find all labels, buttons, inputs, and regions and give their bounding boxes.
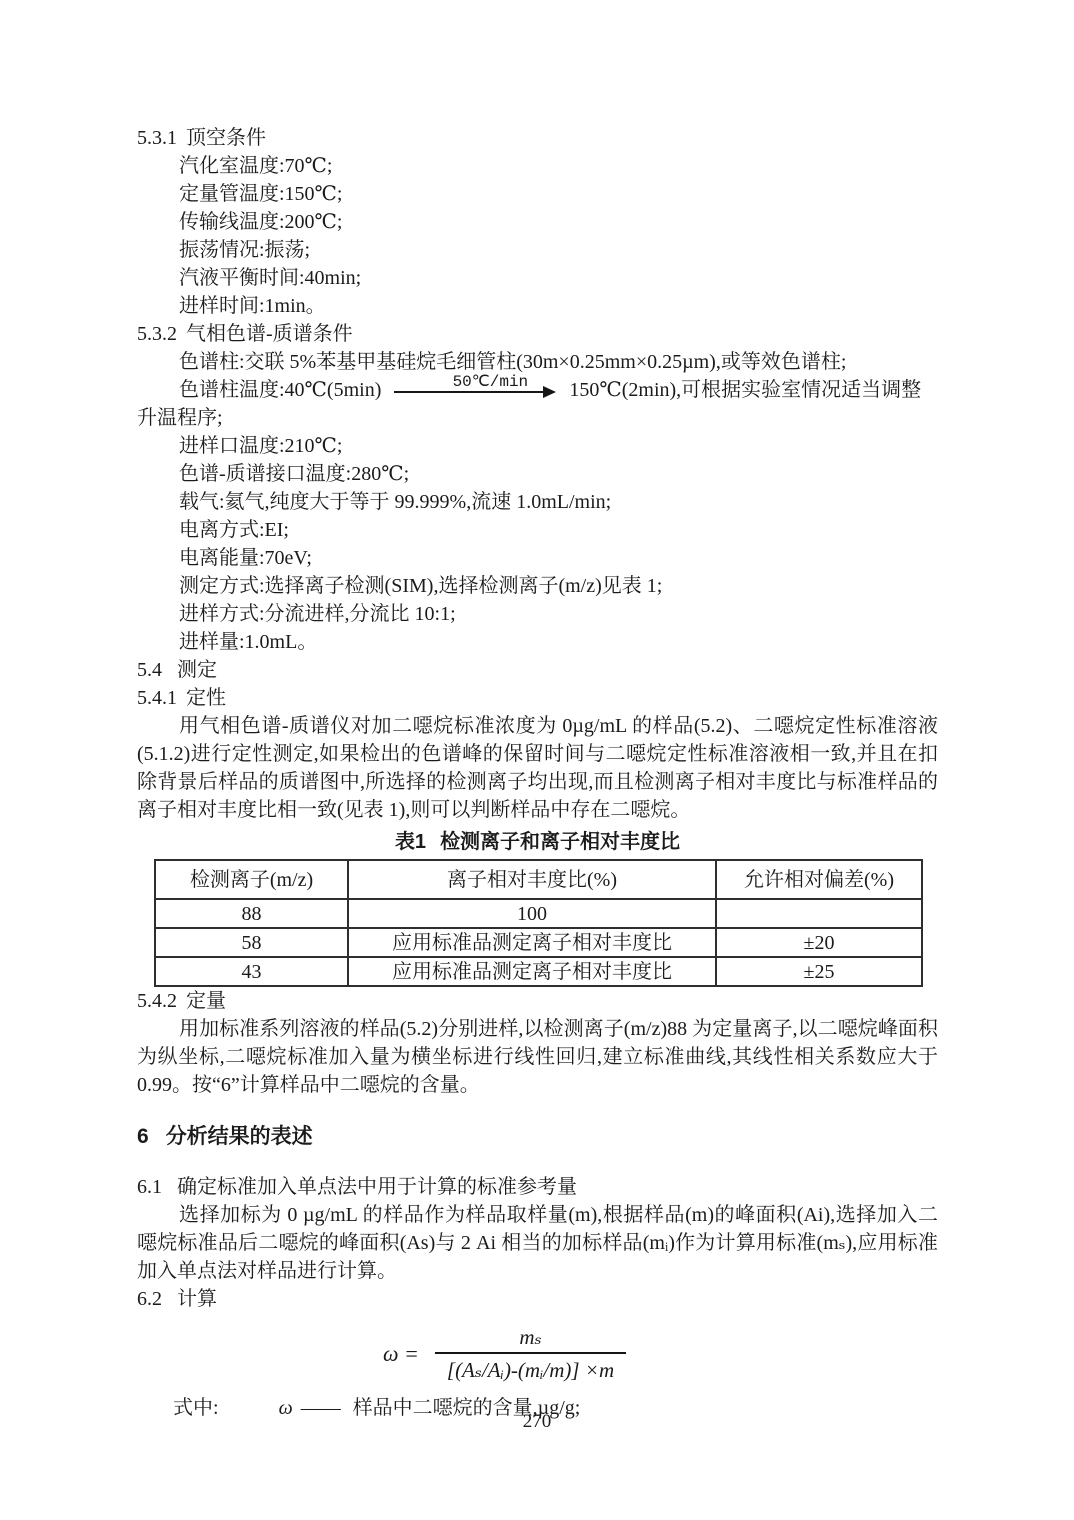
section-number: 5.4.1 (137, 684, 177, 712)
rate-arrow: 50℃/min (394, 379, 556, 397)
section-heading-5-4-2: 5.4.2定量 (137, 987, 938, 1015)
section-title: 计算 (177, 1288, 217, 1310)
condition-line: 汽液平衡时间:40min; (137, 264, 938, 292)
section-heading-6: 6分析结果的表述 (137, 1123, 938, 1151)
table-row: 58 应用标准品测定离子相对丰度比 ±20 (155, 928, 922, 957)
page-number: 270 (0, 1411, 1074, 1433)
table1-caption: 表1检测离子和离子相对丰度比 (137, 828, 938, 856)
section-number: 5.3.2 (137, 320, 177, 348)
section-title: 顶空条件 (186, 127, 266, 149)
table-cell: 100 (348, 899, 716, 928)
table-header-cell: 允许相对偏差(%) (716, 860, 922, 899)
reference-quantity-paragraph: 选择加标为 0 µg/mL 的样品作为样品取样量(m),根据样品(m)的峰面积(… (137, 1201, 938, 1285)
quantitative-paragraph: 用加标准系列溶液的样品(5.2)分别进样,以检测离子(m/z)88 为定量离子,… (137, 1015, 938, 1099)
section-number: 6.2 (137, 1285, 162, 1313)
table-cell: 43 (155, 957, 348, 986)
condition-line: 载气:氦气,纯度大于等于 99.999%,流速 1.0mL/min; (137, 488, 938, 516)
condition-line: 进样口温度:210℃; (137, 432, 938, 460)
section-heading-6-2: 6.2计算 (137, 1285, 938, 1313)
section-number: 5.4.2 (137, 987, 177, 1015)
section-number: 5.3.1 (137, 124, 177, 152)
column-spec-line: 色谱柱:交联 5%苯基甲基硅烷毛细管柱(30m×0.25mm×0.25µm),或… (137, 348, 938, 376)
page-content: 5.3.1顶空条件 汽化室温度:70℃; 定量管温度:150℃; 传输线温度:2… (137, 124, 938, 1422)
table-cell: 58 (155, 928, 348, 957)
section-heading-5-4: 5.4测定 (137, 656, 938, 684)
section-number: 6.1 (137, 1173, 162, 1201)
formula-lhs: ω = (383, 1342, 419, 1366)
table-cell: ±20 (716, 928, 922, 957)
table-header-cell: 检测离子(m/z) (155, 860, 348, 899)
formula-numerator: mₛ (519, 1325, 541, 1352)
condition-line: 进样方式:分流进样,分流比 10:1; (137, 600, 938, 628)
table-row: 43 应用标准品测定离子相对丰度比 ±25 (155, 957, 922, 986)
table-header-cell: 离子相对丰度比(%) (348, 860, 716, 899)
temperature-program-line: 色谱柱温度:40℃(5min)50℃/min150℃(2min),可根据实验室情… (137, 376, 938, 432)
section-title: 分析结果的表述 (166, 1125, 313, 1148)
section-title: 定性 (186, 687, 226, 709)
table-cell (716, 899, 922, 928)
formula-denominator: [(Aₛ/Aᵢ)-(mᵢ/m)] ×m (435, 1352, 626, 1382)
table1-caption-number: 表1 (395, 831, 426, 853)
section-number: 6 (137, 1123, 149, 1151)
condition-line: 进样时间:1min。 (137, 292, 938, 320)
section-title: 定量 (186, 990, 226, 1012)
rate-label: 50℃/min (394, 374, 544, 390)
section-title: 测定 (177, 659, 217, 681)
condition-line: 传输线温度:200℃; (137, 208, 938, 236)
table-cell: ±25 (716, 957, 922, 986)
condition-line: 电离方式:EI; (137, 516, 938, 544)
section-heading-5-3-1: 5.3.1顶空条件 (137, 124, 938, 152)
qualitative-paragraph: 用气相色谱-质谱仪对加二噁烷标准浓度为 0µg/mL 的样品(5.2)、二噁烷定… (137, 712, 938, 824)
formula-fraction: mₛ [(Aₛ/Aᵢ)-(mᵢ/m)] ×m (435, 1325, 626, 1382)
table-cell: 88 (155, 899, 348, 928)
omega-formula: ω = mₛ [(Aₛ/Aᵢ)-(mᵢ/m)] ×m (383, 1325, 938, 1382)
condition-line: 定量管温度:150℃; (137, 180, 938, 208)
condition-line: 电离能量:70eV; (137, 544, 938, 572)
section-heading-6-1: 6.1确定标准加入单点法中用于计算的标准参考量 (137, 1173, 938, 1201)
document-page: 5.3.1顶空条件 汽化室温度:70℃; 定量管温度:150℃; 传输线温度:2… (0, 0, 1074, 1520)
section-title: 气相色谱-质谱条件 (186, 323, 353, 345)
section-heading-5-4-1: 5.4.1定性 (137, 684, 938, 712)
section-title: 确定标准加入单点法中用于计算的标准参考量 (177, 1176, 577, 1198)
condition-line: 测定方式:选择离子检测(SIM),选择检测离子(m/z)见表 1; (137, 572, 938, 600)
condition-line: 进样量:1.0mL。 (137, 628, 938, 656)
table-cell: 应用标准品测定离子相对丰度比 (348, 957, 716, 986)
section-heading-5-3-2: 5.3.2气相色谱-质谱条件 (137, 320, 938, 348)
right-arrow-icon (394, 391, 554, 393)
condition-line: 汽化室温度:70℃; (137, 152, 938, 180)
condition-line: 振荡情况:振荡; (137, 236, 938, 264)
table-row: 88 100 (155, 899, 922, 928)
section-number: 5.4 (137, 656, 162, 684)
table1-caption-title: 检测离子和离子相对丰度比 (440, 831, 680, 853)
temp-program-prefix: 色谱柱温度:40℃(5min) (179, 379, 381, 401)
condition-line: 色谱-质谱接口温度:280℃; (137, 460, 938, 488)
table-cell: 应用标准品测定离子相对丰度比 (348, 928, 716, 957)
ion-table: 检测离子(m/z) 离子相对丰度比(%) 允许相对偏差(%) 88 100 58… (154, 859, 923, 987)
table-header-row: 检测离子(m/z) 离子相对丰度比(%) 允许相对偏差(%) (155, 860, 922, 899)
